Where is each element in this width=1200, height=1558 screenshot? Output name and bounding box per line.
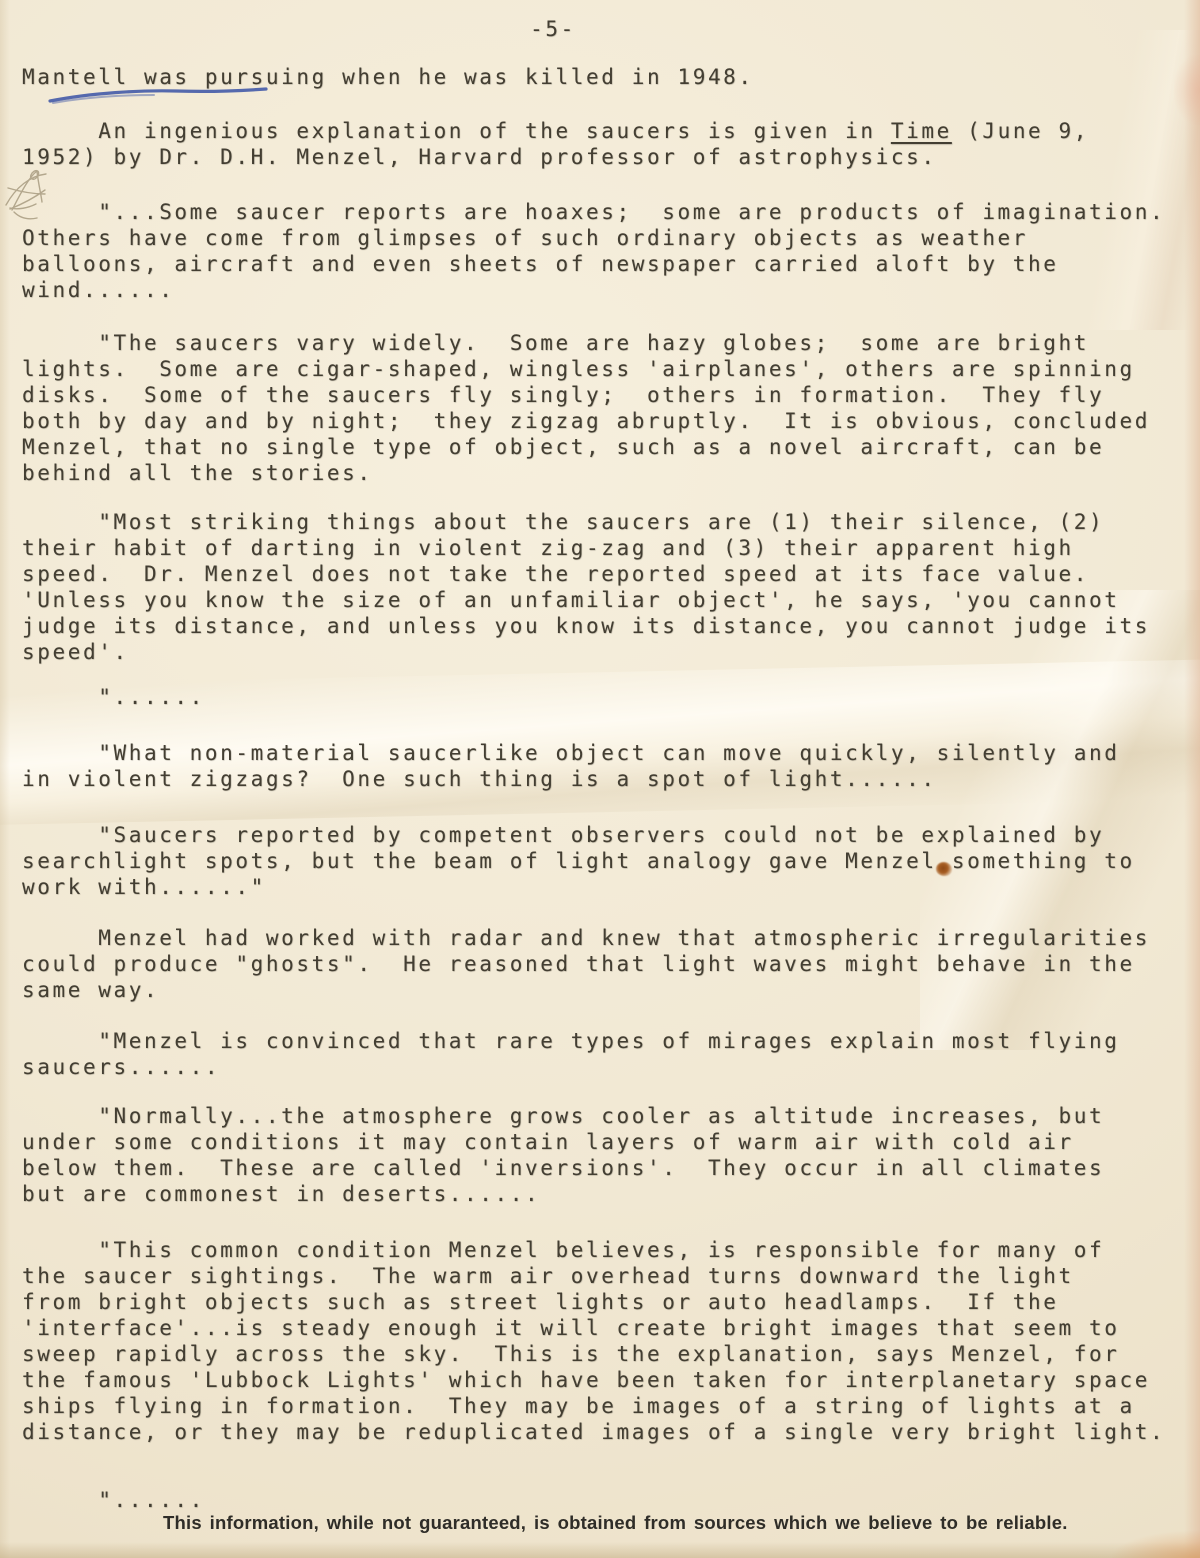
paragraph-text: An ingenious explanation of the saucers … bbox=[22, 119, 891, 143]
paragraph-radar-ghosts: Menzel had worked with radar and knew th… bbox=[22, 925, 1194, 1003]
paragraph-ellipsis-quote-2: "...... bbox=[22, 1487, 1194, 1513]
paragraph-mirages: "Menzel is convinced that rare types of … bbox=[22, 1028, 1194, 1080]
paragraph-non-material: "What non-material saucerlike object can… bbox=[22, 740, 1194, 792]
paragraph-lubbock-lights: "This common condition Menzel believes, … bbox=[22, 1237, 1194, 1445]
paragraph-searchlight: "Saucers reported by competent observers… bbox=[22, 822, 1194, 900]
page-number: -5- bbox=[0, 16, 1106, 42]
paragraph-ellipsis-quote: "...... bbox=[22, 684, 1194, 710]
paper-corner-bottom-right bbox=[1110, 1530, 1200, 1558]
document-page: -5- Mantell was pursuing when he was kil… bbox=[0, 0, 1200, 1558]
ink-stain bbox=[936, 862, 952, 876]
magazine-title-underlined: Time bbox=[891, 119, 952, 143]
footer-disclaimer: This information, while not guaranteed, … bbox=[163, 1512, 1143, 1534]
blue-ink-underline bbox=[46, 84, 276, 108]
paper-edge-left bbox=[0, 0, 10, 1558]
paper-edge-bottom bbox=[0, 1542, 1200, 1558]
paragraph-hoaxes-quote: "...Some saucer reports are hoaxes; some… bbox=[22, 199, 1194, 303]
paragraph-time-citation: An ingenious explanation of the saucers … bbox=[22, 118, 1194, 170]
paragraph-inversions: "Normally...the atmosphere grows cooler … bbox=[22, 1103, 1194, 1207]
paragraph-saucers-vary: "The saucers vary widely. Some are hazy … bbox=[22, 330, 1194, 486]
pencil-star-doodle-icon bbox=[0, 164, 66, 226]
paragraph-most-striking: "Most striking things about the saucers … bbox=[22, 509, 1194, 665]
